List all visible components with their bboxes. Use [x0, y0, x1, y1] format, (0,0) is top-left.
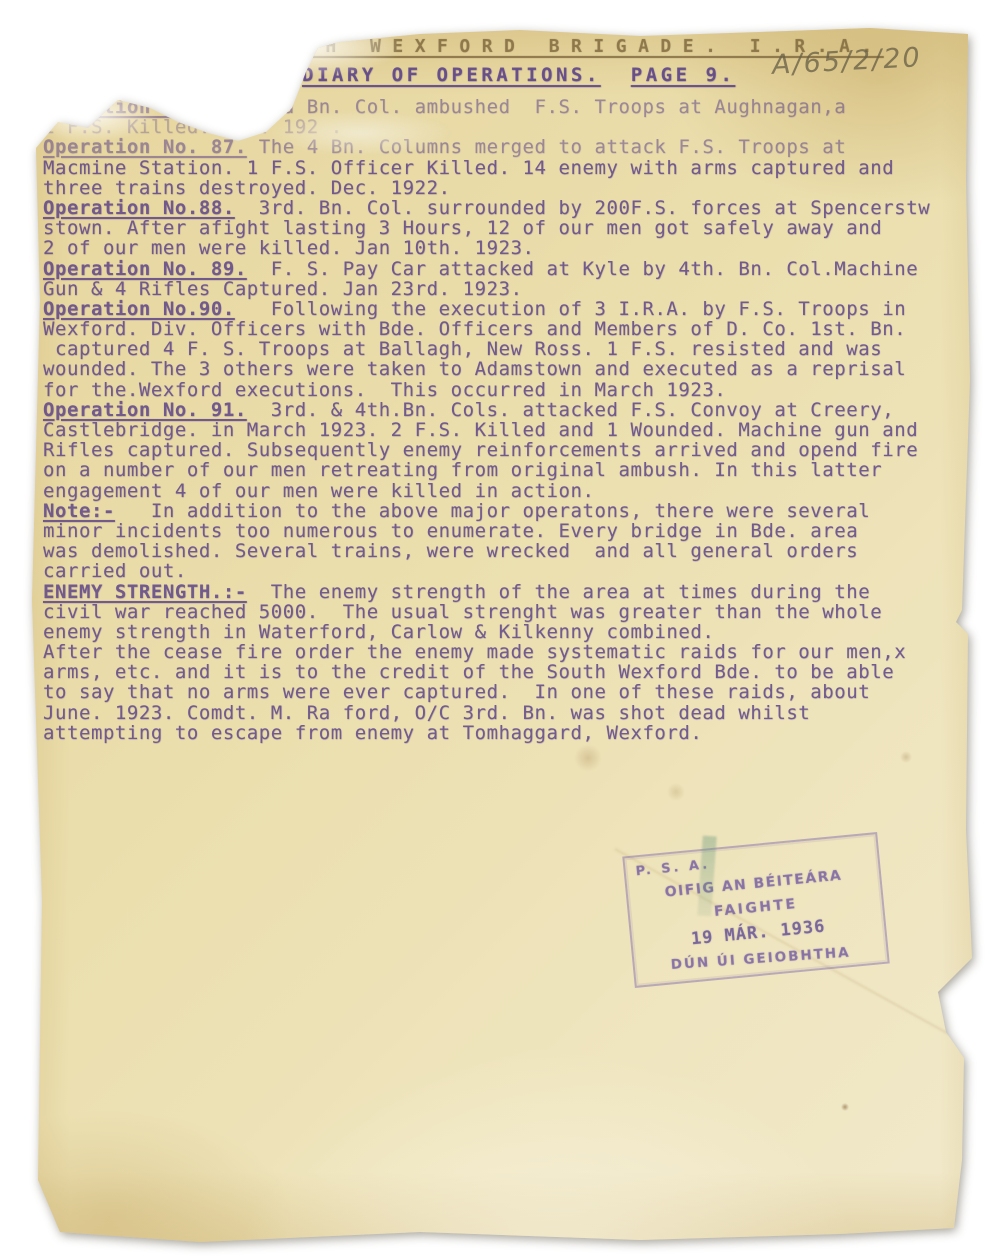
typed-line: arms, etc. and it is to the credit of th…: [43, 662, 978, 682]
typed-line: three trains destroyed. Dec. 1922.: [43, 178, 978, 198]
paper-shadow: SOUTH WEXFORD BRIGADE. I.R.A. A/65/2/20 …: [0, 0, 1000, 1257]
line-text: The enemy strength of the area at times …: [247, 581, 870, 603]
line-text: June. 1923. Comdt. M. Ra ford, O/C 3rd. …: [43, 702, 810, 724]
line-text: minor incidents too numerous to enumerat…: [43, 520, 858, 542]
typed-line: ENEMY STRENGTH.:- The enemy strength of …: [43, 582, 978, 602]
line-text: was demolished. Several trains, were wre…: [43, 540, 858, 562]
line-text: The 4 Bn. Columns merged to attack F.S. …: [247, 136, 846, 158]
line-text: Macmine Station. 1 F.S. Officer Killed. …: [43, 157, 894, 179]
operation-heading: Operation No. 89.: [43, 258, 247, 280]
typed-line: engagement 4 of our men were killed in a…: [43, 481, 978, 501]
typed-line: on a number of our men retreating from o…: [43, 460, 978, 480]
typed-body: Operation No.86. 3rd Bn. Col. ambushed F…: [43, 97, 978, 743]
typed-line: Operation No. 87. The 4 Bn. Columns merg…: [43, 137, 978, 157]
archive-reference: A/65/2/20: [771, 42, 922, 81]
line-text: F. S. Pay Car attacked at Kyle by 4th. B…: [247, 258, 918, 280]
typed-line: carried out.: [43, 561, 978, 581]
line-text: three trains destroyed. Dec. 1922.: [43, 177, 451, 199]
typed-line: Operation No. 91. 3rd. & 4th.Bn. Cols. a…: [43, 400, 978, 420]
line-text: 3rd. & 4th.Bn. Cols. attacked F.S. Convo…: [247, 399, 894, 421]
line-text: on a number of our men retreating from o…: [43, 459, 882, 481]
operation-heading: Operation No.86.: [43, 96, 235, 118]
page-number-label: PAGE 9.: [631, 64, 736, 86]
line-text: engagement 4 of our men were killed in a…: [43, 480, 595, 502]
typed-line: June. 1923. Comdt. M. Ra ford, O/C 3rd. …: [43, 703, 978, 723]
typed-line: Operation No.88. 3rd. Bn. Col. surrounde…: [43, 198, 978, 218]
line-text: captured 4 F. S. Troops at Ballagh, New …: [43, 338, 882, 360]
line-text: attempting to escape from enemy at Tomha…: [43, 722, 702, 744]
typed-line: 2 of our men were killed. Jan 10th. 1923…: [43, 238, 978, 258]
typed-line: minor incidents too numerous to enumerat…: [43, 521, 978, 541]
line-text: Gun & 4 Rifles Captured. Jan 23rd. 1923.: [43, 278, 523, 300]
line-text: wounded. The 3 others were taken to Adam…: [43, 358, 906, 380]
operation-heading: ENEMY STRENGTH.:-: [43, 581, 247, 603]
line-text: After the cease fire order the enemy mad…: [43, 641, 906, 663]
line-text: In addition to the above major operatons…: [115, 500, 870, 522]
typed-line: for the.Wexford executions. This occurre…: [43, 380, 978, 400]
line-text: 3rd. Bn. Col. surrounded by 200F.S. forc…: [235, 197, 930, 219]
paper-sheet: SOUTH WEXFORD BRIGADE. I.R.A. A/65/2/20 …: [0, 0, 1000, 1257]
typed-line: 1 F.S. Killed. Dec. 192 .: [43, 117, 978, 137]
typed-line: Castlebridge. in March 1923. 2 F.S. Kill…: [43, 420, 978, 440]
line-text: Following the execution of 3 I.R.A. by F…: [235, 298, 906, 320]
line-text: Wexford. Div. Officers with Bde. Officer…: [43, 318, 906, 340]
typed-line: After the cease fire order the enemy mad…: [43, 642, 978, 662]
line-text: arms, etc. and it is to the credit of th…: [43, 661, 894, 683]
typed-line: attempting to escape from enemy at Tomha…: [43, 723, 978, 743]
typed-line: Wexford. Div. Officers with Bde. Officer…: [43, 319, 978, 339]
typed-line: was demolished. Several trains, were wre…: [43, 541, 978, 561]
operation-heading: Operation No. 91.: [43, 399, 247, 421]
operation-heading: Operation No.88.: [43, 197, 235, 219]
typed-line: Rifles captured. Subsequently enemy rein…: [43, 440, 978, 460]
diary-title: DIARY OF OPERATIONS.PAGE 9.: [302, 64, 735, 86]
line-text: 1 F.S. Killed. Dec. 192 .: [43, 116, 343, 138]
typed-line: civil war reached 5000. The usual streng…: [43, 602, 978, 622]
received-stamp: P. S. A. OIFIG AN BÉITEÁRA FAIGHTE 19 MÁ…: [622, 832, 889, 988]
typed-line: Operation No. 89. F. S. Pay Car attacked…: [43, 259, 978, 279]
typed-line: Gun & 4 Rifles Captured. Jan 23rd. 1923.: [43, 279, 978, 299]
line-text: civil war reached 5000. The usual streng…: [43, 601, 882, 623]
typed-line: wounded. The 3 others were taken to Adam…: [43, 359, 978, 379]
line-text: carried out.: [43, 560, 187, 582]
operation-heading: Note:-: [43, 500, 115, 522]
typed-line: to say that no arms were ever captured. …: [43, 682, 978, 702]
typed-line: Operation No.90. Following the execution…: [43, 299, 978, 319]
typed-line: Note:- In addition to the above major op…: [43, 501, 978, 521]
typed-line: Operation No.86. 3rd Bn. Col. ambushed F…: [43, 97, 978, 117]
line-text: enemy strength in Waterford, Carlow & Ki…: [43, 621, 714, 643]
line-text: to say that no arms were ever captured. …: [43, 681, 870, 703]
scanned-document: SOUTH WEXFORD BRIGADE. I.R.A. A/65/2/20 …: [0, 0, 1000, 1257]
line-text: stown. After afight lasting 3 Hours, 12 …: [43, 217, 882, 239]
typed-line: Macmine Station. 1 F.S. Officer Killed. …: [43, 158, 978, 178]
typed-line: enemy strength in Waterford, Carlow & Ki…: [43, 622, 978, 642]
line-text: Rifles captured. Subsequently enemy rein…: [43, 439, 918, 461]
line-text: for the.Wexford executions. This occurre…: [43, 379, 726, 401]
line-text: 2 of our men were killed. Jan 10th. 1923…: [43, 237, 535, 259]
typed-line: captured 4 F. S. Troops at Ballagh, New …: [43, 339, 978, 359]
typed-line: stown. After afight lasting 3 Hours, 12 …: [43, 218, 978, 238]
diary-title-text: DIARY OF OPERATIONS.: [302, 64, 601, 86]
line-text: 3rd Bn. Col. ambushed F.S. Troops at Aug…: [235, 96, 846, 118]
line-text: Castlebridge. in March 1923. 2 F.S. Kill…: [43, 419, 918, 441]
operation-heading: Operation No.90.: [43, 298, 235, 320]
operation-heading: Operation No. 87.: [43, 136, 247, 158]
